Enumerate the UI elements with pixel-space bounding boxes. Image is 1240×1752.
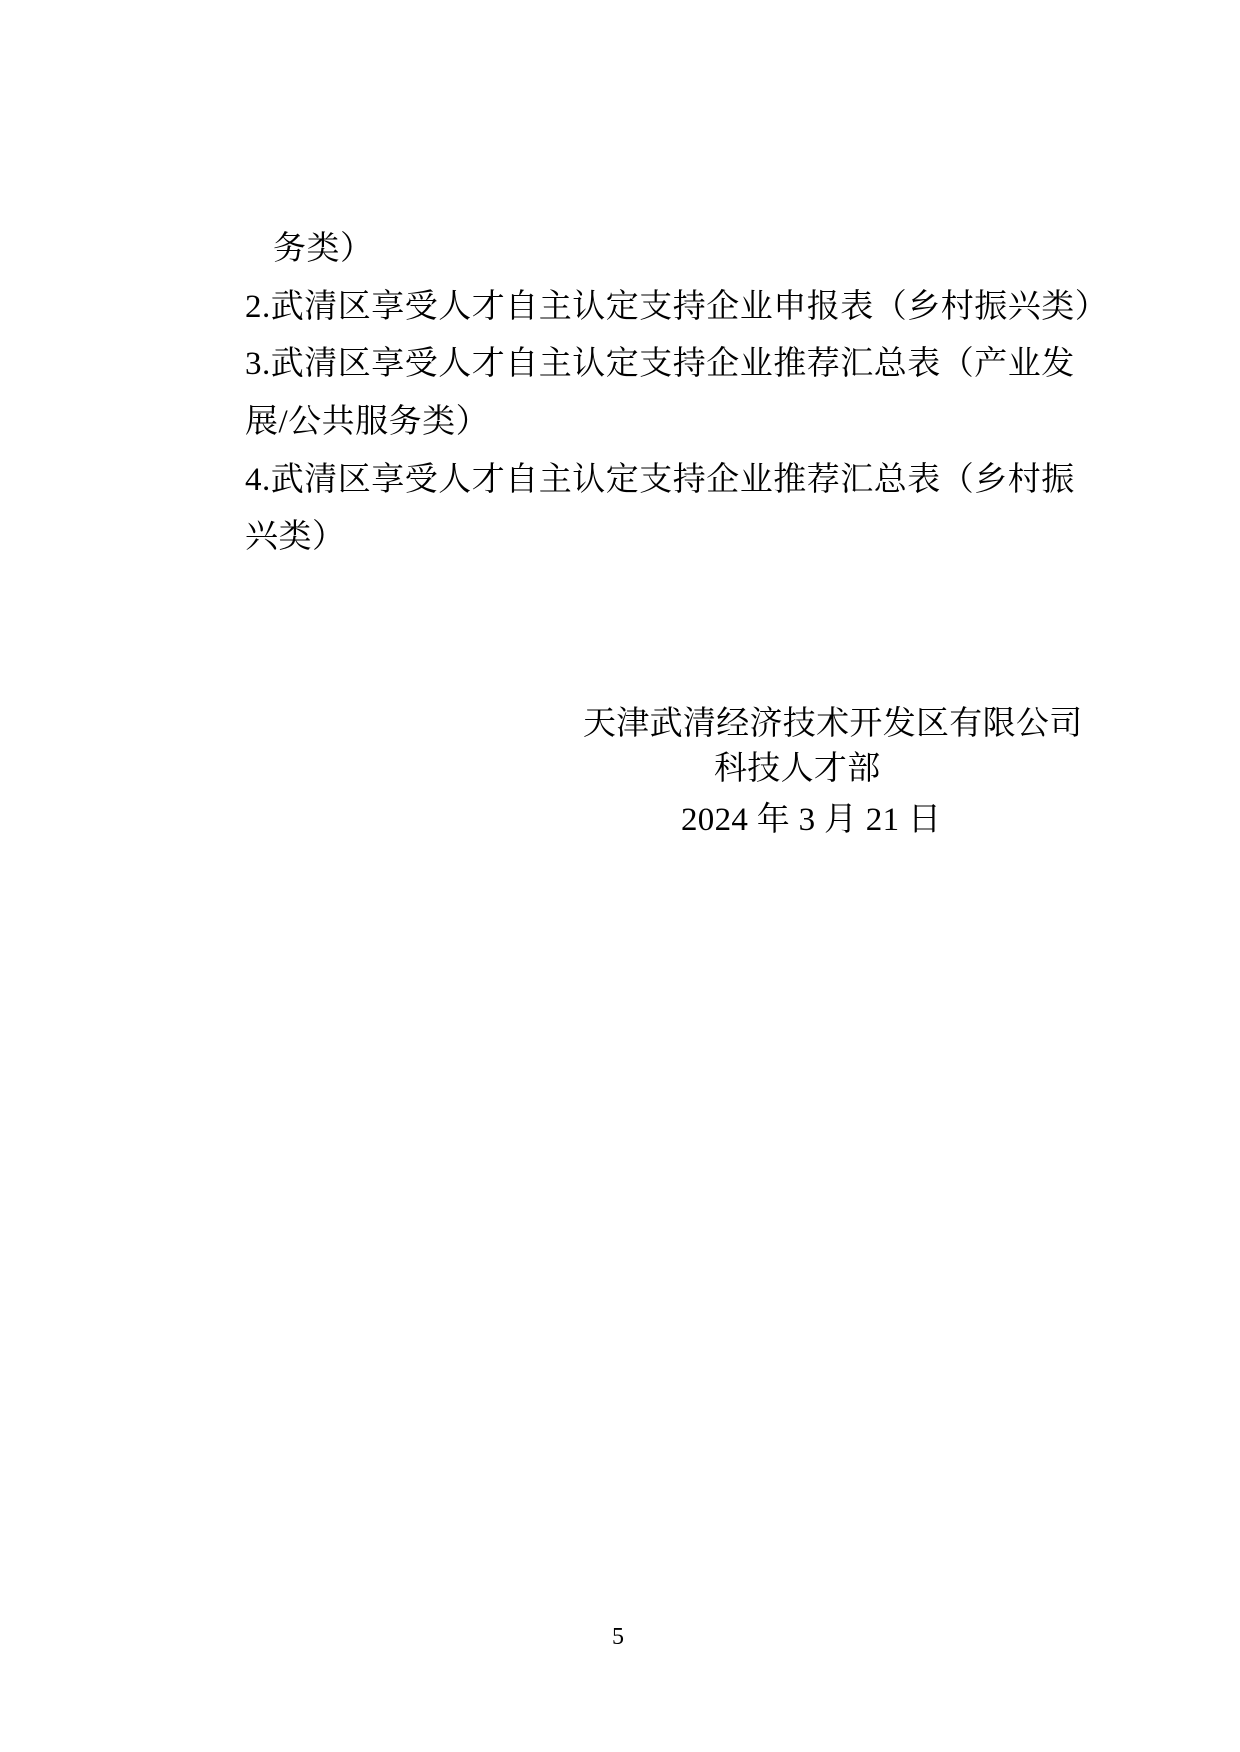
attachment-item-3: 3.武清区享受人才自主认定支持企业推荐汇总表（产业发: [245, 336, 1105, 394]
attachment-item-4: 4.武清区享受人才自主认定支持企业推荐汇总表（乡村振: [245, 452, 1105, 510]
attachment-item-2: 2.武清区享受人才自主认定支持企业申报表（乡村振兴类）: [245, 279, 1105, 337]
attachment-list: 务类） 2.武清区享受人才自主认定支持企业申报表（乡村振兴类） 3.武清区享受人…: [245, 221, 1105, 567]
attachment-item-4-continuation: 兴类）: [245, 509, 1105, 567]
attachment-item-1-continuation: 务类）: [245, 221, 1105, 279]
signature-department: 科技人才部: [714, 752, 881, 786]
page-number: 5: [0, 1624, 1236, 1650]
signature-date: 2024 年 3 月 21 日: [681, 803, 941, 837]
attachment-item-3-continuation: 展/公共服务类）: [245, 394, 1105, 452]
document-page: 务类） 2.武清区享受人才自主认定支持企业申报表（乡村振兴类） 3.武清区享受人…: [0, 0, 1240, 1752]
signature-organization: 天津武清经济技术开发区有限公司: [583, 707, 1083, 741]
